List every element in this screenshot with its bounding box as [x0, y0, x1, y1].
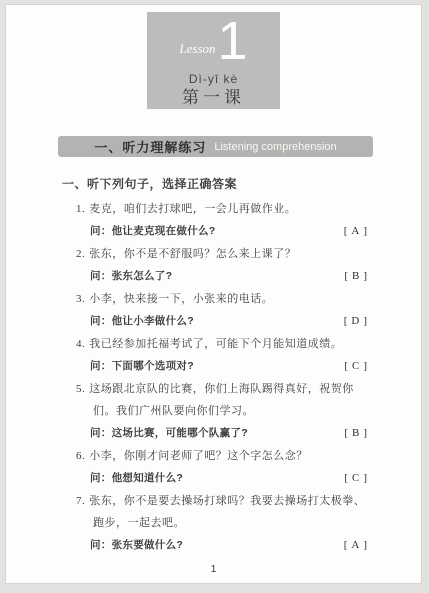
item-number: 5. [76, 383, 89, 395]
exercise-item: 5.这场跟北京队的比赛，你们上海队踢得真好，祝贺你们。我们广州队要向你们学习。 … [62, 378, 367, 444]
lesson-title-cn: 第一课 [147, 86, 280, 110]
item-number: 3. [76, 293, 89, 305]
bracket-close: ] [363, 360, 367, 372]
exercise-item: 6.小李，你刚才问老师了吧？这个字怎么念？ 问：他想知道什么? [C] [62, 445, 367, 489]
item-sentence-line: 2.张东，你不是不舒服吗？怎么来上课了？ [76, 243, 367, 265]
answer-letter: C [348, 360, 363, 372]
item-sentence: 张东，你不是要去操场打球吗？我要去操场打太极拳、跑步，一起去吧。 [89, 495, 365, 529]
item-question-line: 问：他让麦克现在做什么? [A] [76, 220, 367, 242]
exercise-content: 一、听下列句子，选择正确答案 1.麦克，咱们去打球吧，一会儿再做作业。 问：他让… [6, 157, 421, 556]
exercise-item: 1.麦克，咱们去打球吧，一会儿再做作业。 问：他让麦克现在做什么? [A] [62, 198, 367, 242]
page-footer: 1 [6, 564, 421, 575]
item-question: 问：他让小李做什么? [90, 310, 194, 332]
answer-bracket: [A] [344, 220, 367, 242]
item-sentence-line: 3.小李，快来接一下，小张来的电话。 [76, 288, 367, 310]
item-question: 问：张东要做什么? [90, 534, 183, 556]
item-question-line: 问：他让小李做什么? [D] [76, 310, 367, 332]
bracket-close: ] [363, 472, 367, 484]
exercise-list: 1.麦克，咱们去打球吧，一会儿再做作业。 问：他让麦克现在做什么? [A] 2.… [62, 198, 367, 556]
item-sentence-line: 7.张东，你不是要去操场打球吗？我要去操场打太极拳、跑步，一起去吧。 [76, 490, 367, 534]
exercise-item: 2.张东，你不是不舒服吗？怎么来上课了？ 问：张东怎么了? [B] [62, 243, 367, 287]
answer-bracket: [C] [344, 355, 367, 377]
item-question-line: 问：他想知道什么? [C] [76, 467, 367, 489]
item-question: 问：下面哪个选项对? [90, 355, 194, 377]
item-number: 1. [76, 203, 89, 215]
exercise-item: 3.小李，快来接一下，小张来的电话。 问：他让小李做什么? [D] [62, 288, 367, 332]
item-question-line: 问：张东要做什么? [A] [76, 534, 367, 556]
item-sentence-line: 5.这场跟北京队的比赛，你们上海队踢得真好，祝贺你们。我们广州队要向你们学习。 [76, 378, 367, 422]
item-sentence-line: 1.麦克，咱们去打球吧，一会儿再做作业。 [76, 198, 367, 220]
item-number: 2. [76, 248, 89, 260]
lesson-pinyin: Dì-yī kè [147, 72, 280, 86]
bracket-close: ] [363, 539, 367, 551]
answer-bracket: [B] [344, 265, 367, 287]
item-sentence: 我已经参加托福考试了，可能下个月能知道成绩。 [89, 338, 342, 350]
item-question: 问：这场比赛，可能哪个队赢了? [90, 422, 248, 444]
item-sentence: 张东，你不是不舒服吗？怎么来上课了？ [89, 248, 296, 260]
bracket-close: ] [363, 315, 367, 327]
answer-letter: A [347, 539, 363, 551]
item-sentence: 小李，快来接一下，小张来的电话。 [89, 293, 273, 305]
item-sentence: 小李，你刚才问老师了吧？这个字怎么念？ [89, 450, 308, 462]
answer-letter: D [347, 315, 363, 327]
screenshot-canvas: Lesson 1 Dì-yī kè 第一课 一、听力理解练习 Listening… [0, 0, 429, 593]
answer-bracket: [C] [344, 467, 367, 489]
lesson-header-box: Lesson 1 Dì-yī kè 第一课 [147, 12, 280, 109]
exercise-instruction: 一、听下列句子，选择正确答案 [62, 173, 367, 195]
answer-letter: C [348, 472, 363, 484]
bracket-close: ] [363, 427, 367, 439]
section-title-en: Listening comprehension [214, 141, 336, 153]
item-number: 6. [76, 450, 89, 462]
answer-bracket: [D] [344, 310, 367, 332]
item-question-line: 问：下面哪个选项对? [C] [76, 355, 367, 377]
answer-bracket: [A] [344, 534, 367, 556]
item-question: 问：张东怎么了? [90, 265, 172, 287]
lesson-number-row: Lesson 1 [147, 12, 280, 72]
answer-letter: B [348, 427, 363, 439]
section-title-cn: 一、听力理解练习 [94, 137, 206, 156]
item-question-line: 问：张东怎么了? [B] [76, 265, 367, 287]
item-question-line: 问：这场比赛，可能哪个队赢了? [B] [76, 422, 367, 444]
section-bar: 一、听力理解练习 Listening comprehension [58, 136, 373, 157]
item-sentence: 这场跟北京队的比赛，你们上海队踢得真好，祝贺你们。我们广州队要向你们学习。 [89, 383, 354, 417]
lesson-number: 1 [218, 14, 248, 68]
item-sentence-line: 6.小李，你刚才问老师了吧？这个字怎么念？ [76, 445, 367, 467]
item-question: 问：他让麦克现在做什么? [90, 220, 216, 242]
bracket-close: ] [363, 225, 367, 237]
lesson-label: Lesson [179, 41, 215, 57]
item-sentence-line: 4.我已经参加托福考试了，可能下个月能知道成绩。 [76, 333, 367, 355]
answer-bracket: [B] [344, 422, 367, 444]
answer-letter: A [347, 225, 363, 237]
item-sentence: 麦克，咱们去打球吧，一会儿再做作业。 [89, 203, 296, 215]
textbook-page: Lesson 1 Dì-yī kè 第一课 一、听力理解练习 Listening… [6, 5, 421, 583]
item-question: 问：他想知道什么? [90, 467, 183, 489]
page-number: 1 [211, 564, 217, 575]
exercise-item: 4.我已经参加托福考试了，可能下个月能知道成绩。 问：下面哪个选项对? [C] [62, 333, 367, 377]
answer-letter: B [348, 270, 363, 282]
item-number: 4. [76, 338, 89, 350]
bracket-close: ] [363, 270, 367, 282]
item-number: 7. [76, 495, 89, 507]
exercise-item: 7.张东，你不是要去操场打球吗？我要去操场打太极拳、跑步，一起去吧。 问：张东要… [62, 490, 367, 556]
